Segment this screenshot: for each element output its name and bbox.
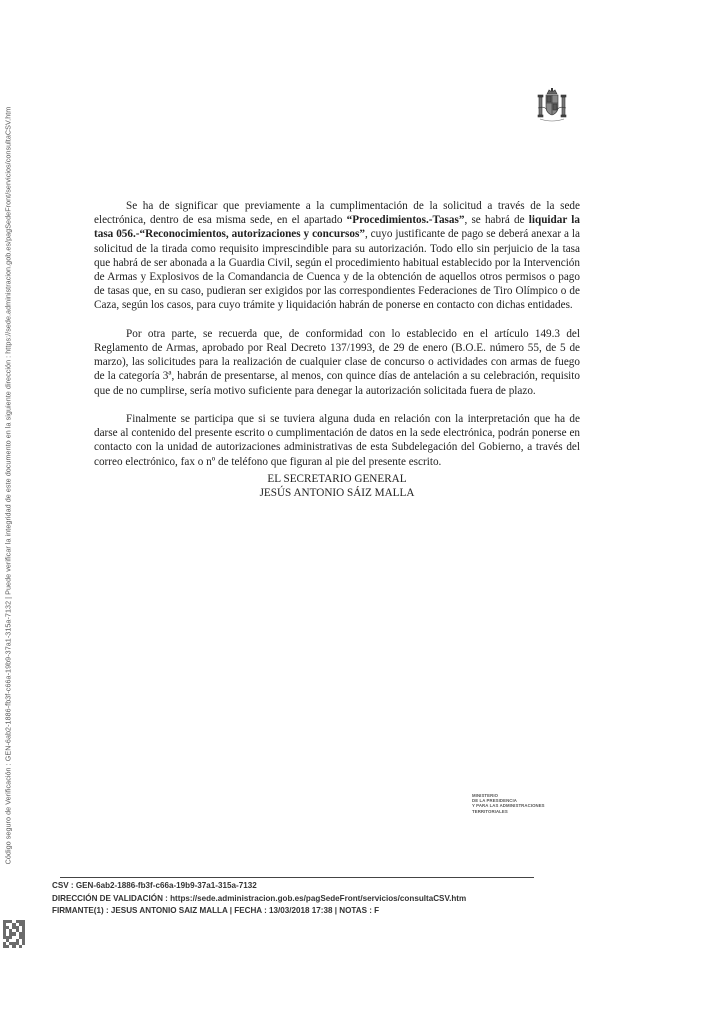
verification-text: Código seguro de Verificación : GEN-6ab2… (4, 106, 13, 864)
validation-url[interactable]: DIRECCIÓN DE VALIDACIÓN : https://sede.a… (52, 893, 466, 906)
spain-coat-of-arms-icon (536, 88, 568, 124)
bold-procedures: “Procedimientos.-Tasas” (347, 214, 465, 226)
verification-sidebar: Código seguro de Verificación : GEN-6ab2… (2, 80, 14, 890)
csv-code: CSV : GEN-6ab2-1886-fb3f-c66a-19b9-37a1-… (52, 880, 466, 893)
signer-info: FIRMANTE(1) : JESUS ANTONIO SAIZ MALLA |… (52, 905, 466, 918)
letter-body: Se ha de significar que previamente a la… (94, 199, 580, 483)
paragraph-fees: Se ha de significar que previamente a la… (94, 199, 580, 313)
signer-name: JESÚS ANTONIO SÁIZ MALLA (94, 486, 580, 500)
qr-code-icon (3, 920, 25, 948)
ministry-stamp: MINISTERIO DE LA PRESIDENCIA Y PARA LAS … (472, 793, 545, 814)
footer-divider (60, 877, 534, 878)
validation-footer: CSV : GEN-6ab2-1886-fb3f-c66a-19b9-37a1-… (52, 880, 466, 918)
signature-block: EL SECRETARIO GENERAL JESÚS ANTONIO SÁIZ… (94, 472, 580, 500)
paragraph-contact: Finalmente se participa que si se tuvier… (94, 412, 580, 469)
paragraph-regulation: Por otra parte, se recuerda que, de conf… (94, 327, 580, 398)
signer-title: EL SECRETARIO GENERAL (94, 472, 580, 486)
